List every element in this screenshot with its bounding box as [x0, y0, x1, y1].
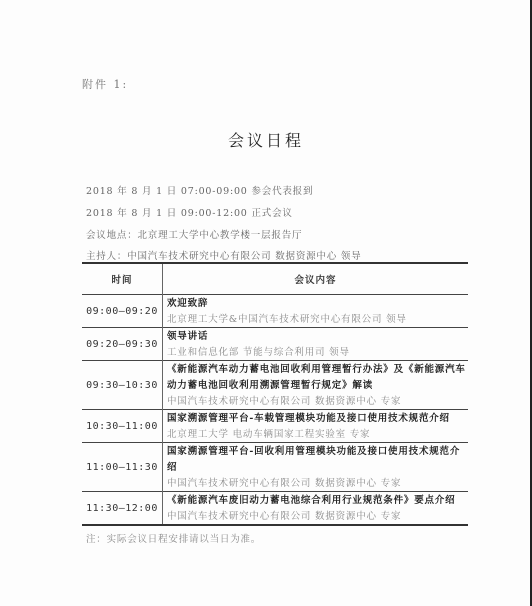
row-time: 09:30—10:30 — [82, 361, 163, 410]
host-info: 主持人：中国汽车技术研究中心有限公司 数据资源中心 领导 — [86, 248, 361, 262]
table-row: 11:30—12:00 《新能源汽车废旧动力蓄电池综合利用行业规范条件》要点介绍… — [82, 492, 468, 526]
row-speaker: 中国汽车技术研究中心有限公司 数据资源中心 专家 — [167, 509, 468, 524]
row-content: 《新能源汽车废旧动力蓄电池综合利用行业规范条件》要点介绍 中国汽车技术研究中心有… — [163, 492, 469, 526]
table-row: 11:00—11:30 国家溯源管理平台-回收利用管理模块功能及接口使用技术规范… — [82, 443, 468, 492]
row-topic: 领导讲话 — [167, 329, 468, 345]
row-speaker: 中国汽车技术研究中心有限公司 数据资源中心 专家 — [167, 476, 468, 491]
row-topic: 《新能源汽车动力蓄电池回收利用管理暂行办法》及《新能源汽车动力蓄电池回收利用溯源… — [167, 362, 468, 394]
row-speaker: 中国汽车技术研究中心有限公司 数据资源中心 专家 — [167, 394, 468, 409]
row-time: 11:30—12:00 — [82, 492, 163, 526]
row-content: 国家溯源管理平台-回收利用管理模块功能及接口使用技术规范介绍 中国汽车技术研究中… — [163, 443, 469, 492]
row-content: 领导讲话 工业和信息化部 节能与综合利用司 领导 — [163, 328, 469, 361]
row-time: 10:30—11:00 — [82, 410, 163, 443]
row-speaker: 工业和信息化部 节能与综合利用司 领导 — [167, 345, 468, 360]
table-header-row: 时间 会议内容 — [82, 263, 468, 295]
row-topic: 欢迎致辞 — [167, 296, 468, 312]
row-speaker: 北京理工大学&中国汽车技术研究中心有限公司 领导 — [167, 312, 468, 327]
row-content: 国家溯源管理平台-车载管理模块功能及接口使用技术规范介绍 北京理工大学 电动车辆… — [163, 410, 469, 443]
row-topic: 国家溯源管理平台-车载管理模块功能及接口使用技术规范介绍 — [167, 411, 468, 427]
footnote: 注：实际会议日程安排请以当日为准。 — [86, 531, 261, 545]
attachment-label: 附件 1: — [82, 76, 128, 92]
row-time: 11:00—11:30 — [82, 443, 163, 492]
table-row: 09:00—09:20 欢迎致辞 北京理工大学&中国汽车技术研究中心有限公司 领… — [82, 295, 468, 328]
registration-info: 2018 年 8 月 1 日 07:00-09:00 参会代表报到 — [86, 183, 313, 197]
document-title: 会议日程 — [0, 128, 532, 151]
table-row: 09:20—09:30 领导讲话 工业和信息化部 节能与综合利用司 领导 — [82, 328, 468, 361]
row-content: 欢迎致辞 北京理工大学&中国汽车技术研究中心有限公司 领导 — [163, 295, 469, 328]
row-content: 《新能源汽车动力蓄电池回收利用管理暂行办法》及《新能源汽车动力蓄电池回收利用溯源… — [163, 361, 469, 410]
row-time: 09:20—09:30 — [82, 328, 163, 361]
row-time: 09:00—09:20 — [82, 295, 163, 328]
header-content: 会议内容 — [163, 263, 469, 295]
header-time: 时间 — [82, 263, 163, 295]
table-row: 10:30—11:00 国家溯源管理平台-车载管理模块功能及接口使用技术规范介绍… — [82, 410, 468, 443]
row-speaker: 北京理工大学 电动车辆国家工程实验室 专家 — [167, 427, 468, 442]
schedule-table: 时间 会议内容 09:00—09:20 欢迎致辞 北京理工大学&中国汽车技术研究… — [82, 262, 468, 526]
row-topic: 《新能源汽车废旧动力蓄电池综合利用行业规范条件》要点介绍 — [167, 493, 468, 509]
meeting-time-info: 2018 年 8 月 1 日 09:00-12:00 正式会议 — [86, 205, 293, 219]
venue-info: 会议地点：北京理工大学中心教学楼一层报告厅 — [86, 227, 302, 241]
table-row: 09:30—10:30 《新能源汽车动力蓄电池回收利用管理暂行办法》及《新能源汽… — [82, 361, 468, 410]
row-topic: 国家溯源管理平台-回收利用管理模块功能及接口使用技术规范介绍 — [167, 444, 468, 476]
